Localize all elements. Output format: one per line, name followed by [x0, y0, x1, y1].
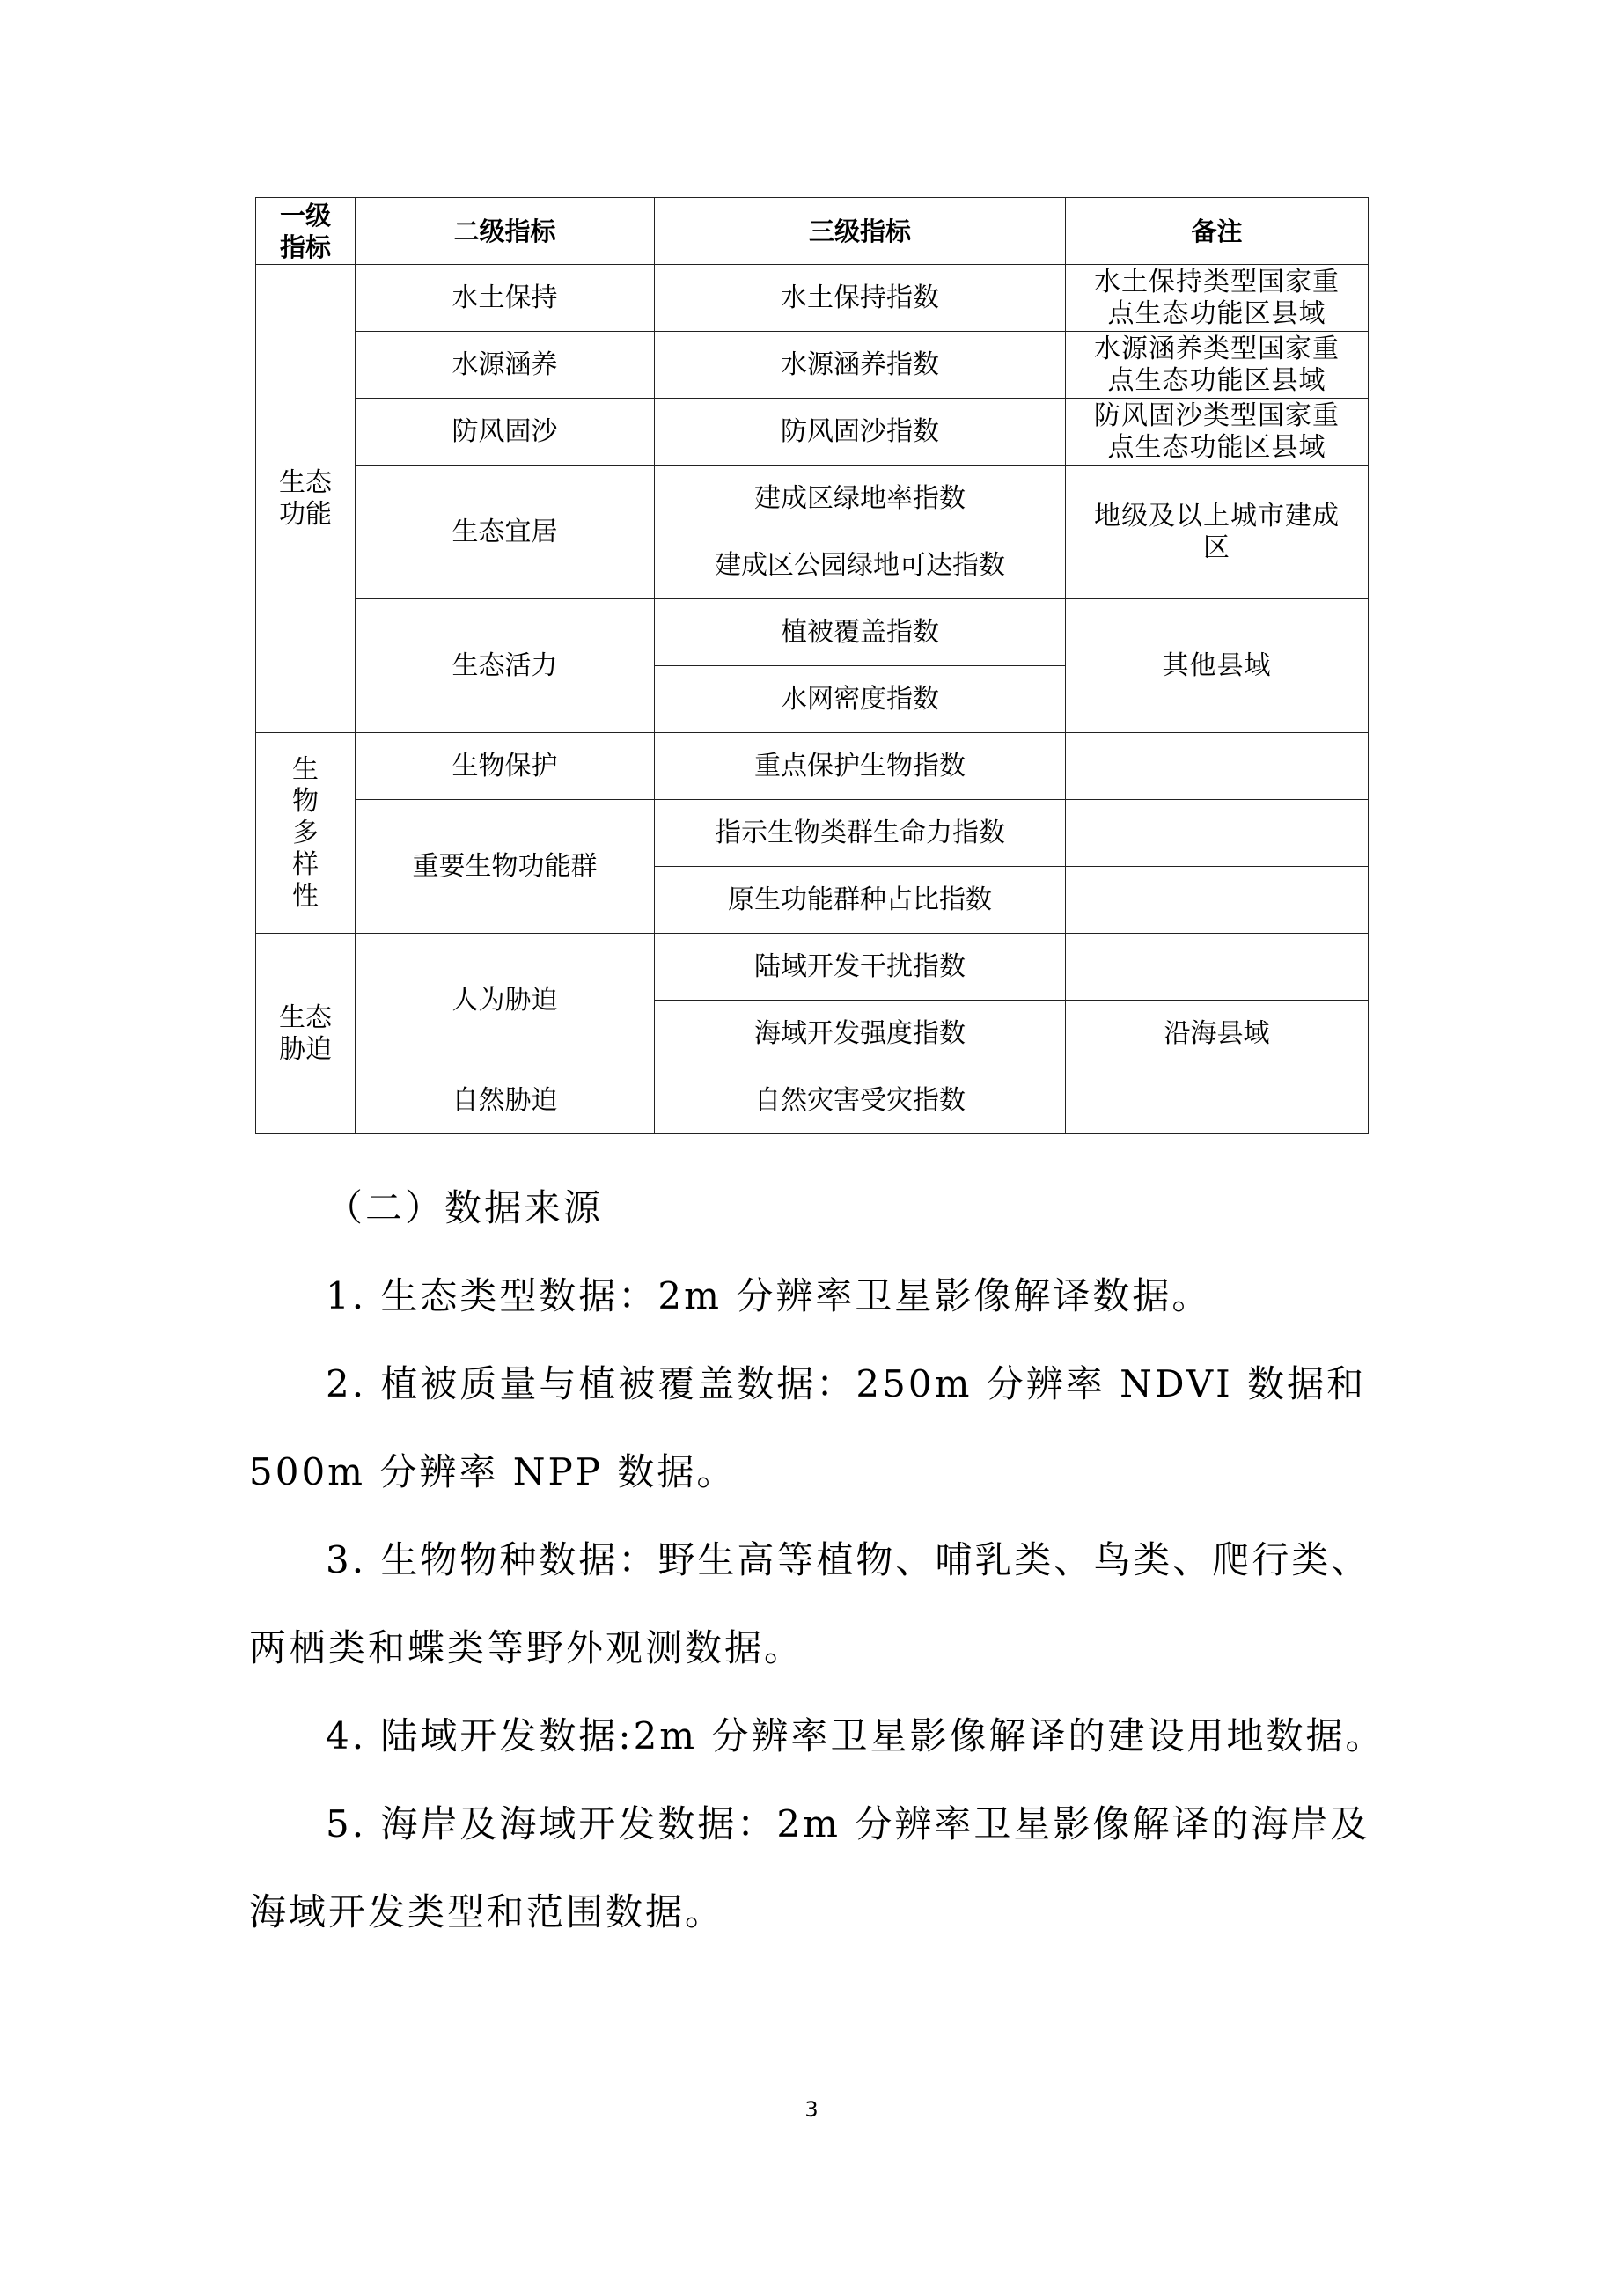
header-level1: 一级指标 — [256, 198, 356, 265]
header-level2: 二级指标 — [356, 198, 655, 265]
note-cell: 水土保持类型国家重点生态功能区县域 — [1066, 265, 1369, 332]
note-cell: 沿海县域 — [1066, 1001, 1369, 1067]
level3-cell: 植被覆盖指数 — [655, 599, 1066, 666]
table-row: 生态胁迫 人为胁迫 陆域开发干扰指数 — [256, 934, 1369, 1001]
data-source-item-2: 2. 植被质量与植被覆盖数据：250m 分辨率 NDVI 数据和 — [326, 1355, 1623, 1408]
data-source-item-5-cont: 海域开发类型和范围数据。 — [249, 1883, 1623, 1936]
level3-cell: 建成区公园绿地可达指数 — [655, 532, 1066, 599]
level2-cell: 生态活力 — [356, 599, 655, 733]
header-note: 备注 — [1066, 198, 1369, 265]
data-source-item-3: 3. 生物物种数据：野生高等植物、哺乳类、鸟类、爬行类、 — [326, 1531, 1623, 1584]
level2-cell: 水土保持 — [356, 265, 655, 332]
note-cell: 水源涵养类型国家重点生态功能区县域 — [1066, 332, 1369, 399]
header-level3: 三级指标 — [655, 198, 1066, 265]
level3-cell: 水网密度指数 — [655, 666, 1066, 733]
note-cell: 地级及以上城市建成区 — [1066, 466, 1369, 599]
level3-cell: 建成区绿地率指数 — [655, 466, 1066, 532]
level2-cell: 生物保护 — [356, 733, 655, 800]
level2-cell: 人为胁迫 — [356, 934, 655, 1067]
data-source-item-4: 4. 陆域开发数据:2m 分辨率卫星影像解译的建设用地数据。 — [326, 1707, 1623, 1760]
data-source-item-5: 5. 海岸及海域开发数据：2m 分辨率卫星影像解译的海岸及 — [326, 1795, 1623, 1848]
level3-cell: 水源涵养指数 — [655, 332, 1066, 399]
level3-cell: 原生功能群种占比指数 — [655, 867, 1066, 934]
table-row: 防风固沙 防风固沙指数 防风固沙类型国家重点生态功能区县域 — [256, 399, 1369, 466]
note-cell — [1066, 867, 1369, 934]
table-row: 生态宜居 建成区绿地率指数 地级及以上城市建成区 — [256, 466, 1369, 532]
note-cell: 防风固沙类型国家重点生态功能区县域 — [1066, 399, 1369, 466]
indicator-table: 一级指标 二级指标 三级指标 备注 生态功能 水土保持 水土保持指数 水土保持类… — [255, 197, 1369, 1134]
level1-cell: 生态胁迫 — [256, 934, 356, 1134]
data-source-item-1: 1. 生态类型数据：2m 分辨率卫星影像解译数据。 — [326, 1267, 1623, 1320]
note-cell — [1066, 1067, 1369, 1134]
level1-cell: 生物多样性 — [256, 733, 356, 934]
level2-cell: 水源涵养 — [356, 332, 655, 399]
table-header-row: 一级指标 二级指标 三级指标 备注 — [256, 198, 1369, 265]
note-cell: 其他县域 — [1066, 599, 1369, 733]
note-cell — [1066, 800, 1369, 867]
level3-cell: 重点保护生物指数 — [655, 733, 1066, 800]
data-source-item-3-cont: 两栖类和蝶类等野外观测数据。 — [249, 1619, 1623, 1672]
section-heading: （二）数据来源 — [326, 1179, 1623, 1232]
level2-cell: 自然胁迫 — [356, 1067, 655, 1134]
table-row: 生态活力 植被覆盖指数 其他县域 — [256, 599, 1369, 666]
note-cell — [1066, 934, 1369, 1001]
note-cell — [1066, 733, 1369, 800]
page-number: 3 — [0, 2097, 1623, 2122]
level1-cell: 生态功能 — [256, 265, 356, 733]
level3-cell: 防风固沙指数 — [655, 399, 1066, 466]
level3-cell: 自然灾害受灾指数 — [655, 1067, 1066, 1134]
table-row: 生态功能 水土保持 水土保持指数 水土保持类型国家重点生态功能区县域 — [256, 265, 1369, 332]
table-row: 重要生物功能群 指示生物类群生命力指数 — [256, 800, 1369, 867]
level3-cell: 海域开发强度指数 — [655, 1001, 1066, 1067]
table-row: 生物多样性 生物保护 重点保护生物指数 — [256, 733, 1369, 800]
level2-cell: 生态宜居 — [356, 466, 655, 599]
level3-cell: 水土保持指数 — [655, 265, 1066, 332]
table-row: 自然胁迫 自然灾害受灾指数 — [256, 1067, 1369, 1134]
level2-cell: 防风固沙 — [356, 399, 655, 466]
table-row: 水源涵养 水源涵养指数 水源涵养类型国家重点生态功能区县域 — [256, 332, 1369, 399]
data-source-item-2-cont: 500m 分辨率 NPP 数据。 — [249, 1443, 1623, 1496]
level3-cell: 陆域开发干扰指数 — [655, 934, 1066, 1001]
level2-cell: 重要生物功能群 — [356, 800, 655, 934]
level3-cell: 指示生物类群生命力指数 — [655, 800, 1066, 867]
